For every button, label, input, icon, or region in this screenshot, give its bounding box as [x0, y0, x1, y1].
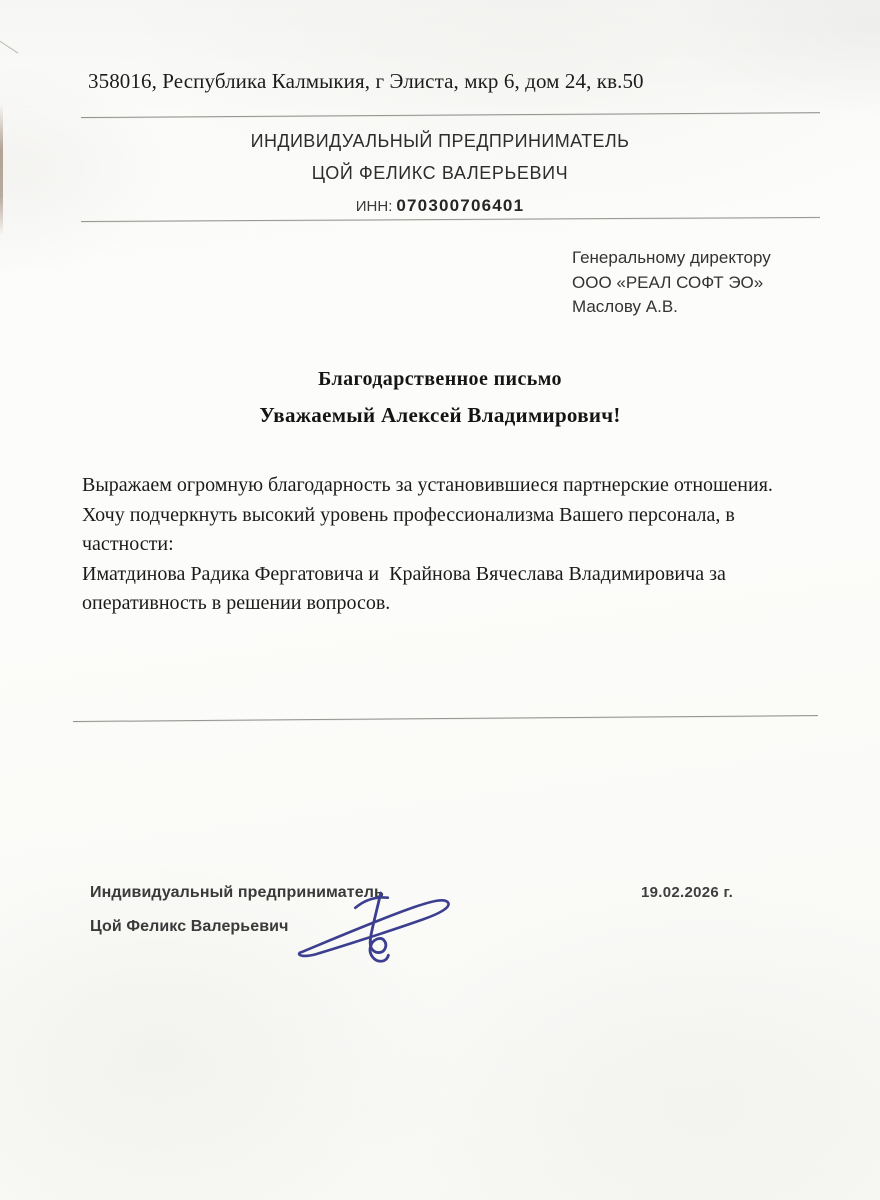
body-line: Хочу подчеркнуть высокий уровень професс…: [82, 501, 828, 531]
divider-bottom: [73, 715, 818, 722]
sender-address: 358016, Республика Калмыкия, г Элиста, м…: [88, 69, 644, 94]
body-line: частности:: [82, 530, 828, 560]
scanned-letter-page: 358016, Республика Калмыкия, г Элиста, м…: [0, 0, 880, 1200]
divider-letterhead: [81, 217, 820, 222]
letter-body: Выражаем огромную благодарность за устан…: [82, 471, 828, 619]
recipient-block: Генеральному директору ООО «РЕАЛ СОФТ ЭО…: [572, 246, 771, 320]
handwritten-signature: [291, 886, 470, 974]
recipient-position: Генеральному директору: [572, 246, 771, 271]
inn-value: 070300706401: [396, 196, 524, 215]
letterhead-inn-line: ИНН:070300706401: [0, 196, 880, 216]
signature-flag-stroke: [355, 897, 388, 908]
letterhead-name-line: ЦОЙ ФЕЛИКС ВАЛЕРЬЕВИЧ: [0, 163, 880, 184]
scan-scratch-artifact: [0, 40, 18, 54]
recipient-name: Маслову А.В.: [572, 295, 771, 320]
letter-salutation: Уважаемый Алексей Владимирович!: [0, 403, 880, 428]
divider-top: [81, 112, 820, 118]
recipient-company: ООО «РЕАЛ СОФТ ЭО»: [572, 271, 771, 296]
body-line: оперативность в решении вопросов.: [82, 589, 828, 619]
letter-date: 19.02.2026 г.: [641, 884, 733, 901]
signature-stem-stroke: [368, 893, 389, 962]
letterhead-entrepreneur-line: ИНДИВИДУАЛЬНЫЙ ПРЕДПРИНИМАТЕЛЬ: [0, 131, 880, 152]
body-line: Выражаем огромную благодарность за устан…: [82, 471, 828, 501]
signer-name: Цой Феликс Валерьевич: [90, 918, 289, 936]
letter-title: Благодарственное письмо: [0, 368, 880, 391]
body-line: Иматдинова Радика Фергатовича и Крайнова…: [82, 560, 828, 590]
inn-label: ИНН:: [356, 198, 393, 215]
